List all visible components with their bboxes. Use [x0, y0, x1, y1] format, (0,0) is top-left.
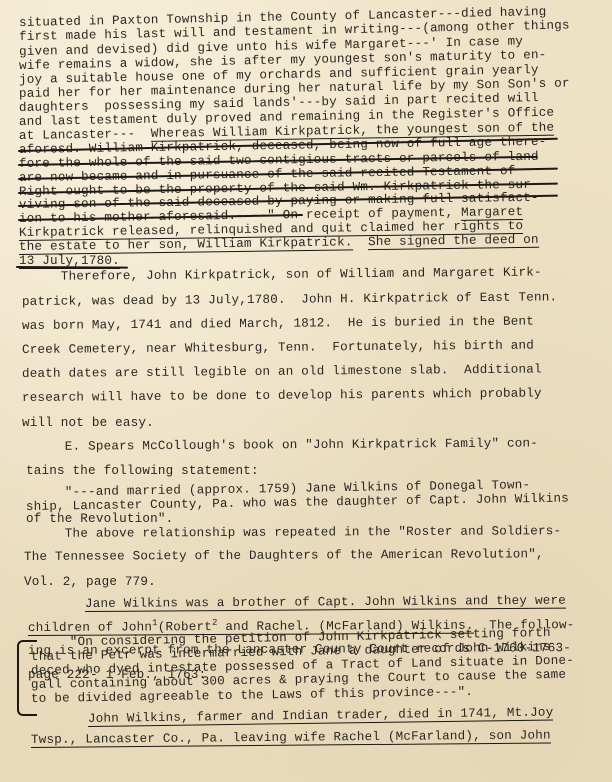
- text-line: tains the following statement:: [26, 464, 259, 478]
- text-line: death dates are still legible on an old …: [22, 362, 542, 381]
- text-line: patrick, was dead by 13 July,1780. John …: [22, 290, 557, 309]
- text-fragment: children of John: [28, 620, 152, 635]
- underlined-text: Twsp., Lancaster Co., Pa. leaving wife R…: [31, 728, 551, 748]
- text-line: will not be easy.: [22, 416, 154, 430]
- text-line: Vol. 2, page 779.: [24, 575, 156, 589]
- text-line: of the Revolution".: [26, 512, 173, 526]
- text-line: John Wilkins, farmer and Indian trader, …: [88, 706, 554, 726]
- text-fragment: [352, 235, 368, 249]
- text-line: Twsp., Lancaster Co., Pa. leaving wife R…: [31, 728, 551, 747]
- text-line: The Tennessee Society of the Daughters o…: [24, 547, 544, 564]
- text-line: was born May, 1741 and died March, 1812.…: [22, 315, 534, 333]
- underlined-text: She signed the deed on: [368, 233, 539, 250]
- text-line: The above relationship was repeated in t…: [26, 524, 561, 541]
- text-line: Creek Cemetery, near Whitesburg, Tenn. F…: [22, 339, 534, 357]
- text-line: Jane Wilkins was a brother of Capt. John…: [85, 594, 566, 611]
- text-line: research will have to be done to develop…: [22, 386, 542, 405]
- underlined-text: John Wilkins, farmer and Indian trader, …: [88, 706, 554, 727]
- underlined-text: Jane Wilkins was a brother of Capt. John…: [85, 594, 566, 612]
- text-line: E. Spears McCollough's book on "John Kir…: [26, 436, 538, 454]
- document-page: situated in Paxton Township in the Count…: [0, 0, 612, 782]
